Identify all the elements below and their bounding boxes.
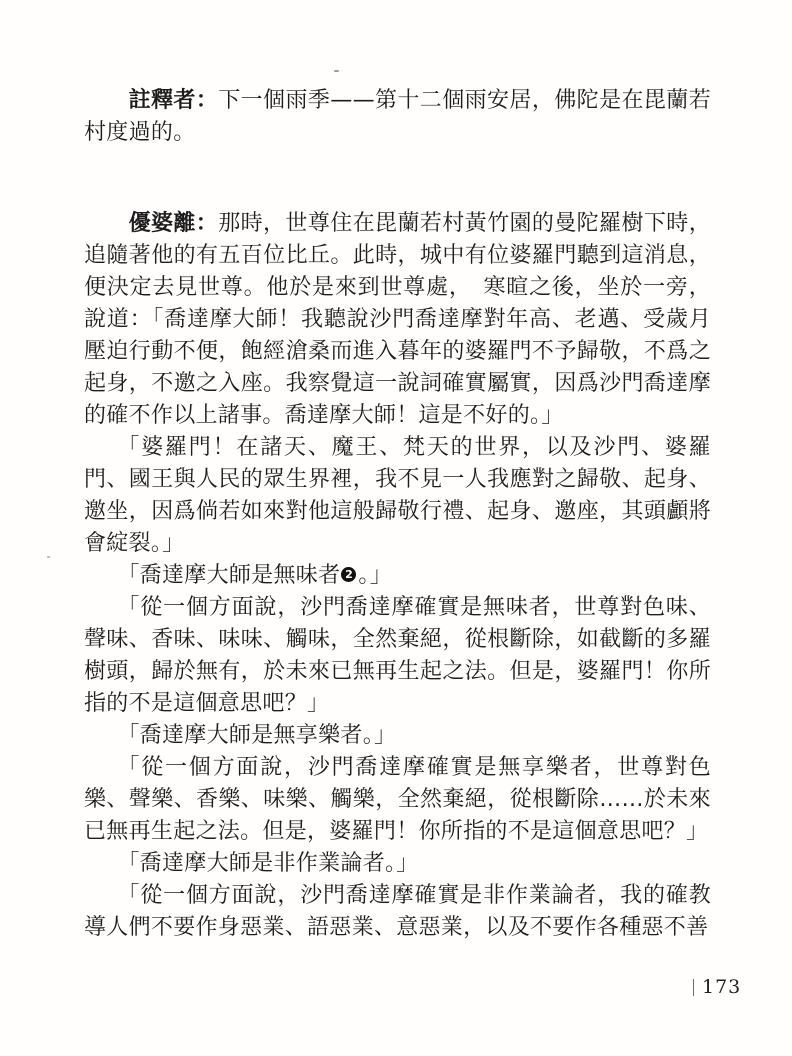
paragraph-quote: 「喬達摩大師是非作業論者。」 — [84, 848, 711, 880]
paragraph-text: 「從一個方面說，沙門喬達摩確實是無味者，世尊對色味、聲味、香味、味味、觸味，全然… — [84, 595, 711, 716]
paragraph-quote: 「從一個方面說，沙門喬達摩確實是非作業論者，我的確教導人們不要作身惡業、語惡業、… — [84, 880, 711, 944]
paragraph-quote: 「喬達摩大師是無享樂者。」 — [84, 720, 711, 752]
scan-speck — [47, 556, 50, 558]
scan-speck — [334, 70, 339, 72]
page-footer: 173 — [693, 976, 741, 998]
paragraph-text: 「從一個方面說，沙門喬達摩確實是無享樂者，世尊對色樂、聲樂、香樂、味樂、觸樂，全… — [84, 755, 711, 844]
paragraph-annotator-note: 註釋者：下一個雨季——第十二個雨安居，佛陀是在毘蘭若村度過的。 — [84, 85, 711, 149]
paragraph-quote: 「婆羅門！在諸天、魔王、梵天的世界，以及沙門、婆羅門、國王與人民的眾生界裡，我不… — [84, 432, 711, 560]
book-page: 註釋者：下一個雨季——第十二個雨安居，佛陀是在毘蘭若村度過的。 優婆離：那時，世… — [0, 0, 792, 1056]
page-number: 173 — [702, 976, 741, 998]
speaker-label: 優婆離： — [129, 211, 219, 236]
page-text: 註釋者：下一個雨季——第十二個雨安居，佛陀是在毘蘭若村度過的。 優婆離：那時，世… — [84, 85, 711, 944]
paragraph-upali-narration: 優婆離：那時，世尊住在毘蘭若村黃竹園的曼陀羅樹下時，追隨著他的有五百位比丘。此時… — [84, 208, 711, 432]
paragraph-text: 「婆羅門！在諸天、魔王、梵天的世界，以及沙門、婆羅門、國王與人民的眾生界裡，我不… — [84, 435, 711, 556]
paragraph-quote: 「從一個方面說，沙門喬達摩確實是無味者，世尊對色味、聲味、香味、味味、觸味，全然… — [84, 592, 711, 720]
paragraph-text: 「喬達摩大師是非作業論者。」 — [117, 851, 418, 876]
paragraph-text: 。」 — [358, 563, 392, 588]
paragraph-text: 「從一個方面說，沙門喬達摩確實是非作業論者，我的確教導人們不要作身惡業、語惡業、… — [84, 883, 711, 940]
paragraph-quote-with-footnote: 「喬達摩大師是無味者2。」 — [84, 560, 711, 592]
footnote-marker-icon: 2 — [341, 567, 356, 582]
speaker-label: 註釋者： — [129, 88, 219, 113]
paragraph-text: 那時，世尊住在毘蘭若村黃竹園的曼陀羅樹下時，追隨著他的有五百位比丘。此時，城中有… — [84, 211, 711, 428]
footer-divider-line — [693, 979, 694, 996]
paragraph-text: 「喬達摩大師是無味者 — [117, 563, 340, 588]
paragraph-quote: 「從一個方面說，沙門喬達摩確實是無享樂者，世尊對色樂、聲樂、香樂、味樂、觸樂，全… — [84, 752, 711, 848]
paragraph-text: 「喬達摩大師是無享樂者。」 — [117, 723, 396, 748]
